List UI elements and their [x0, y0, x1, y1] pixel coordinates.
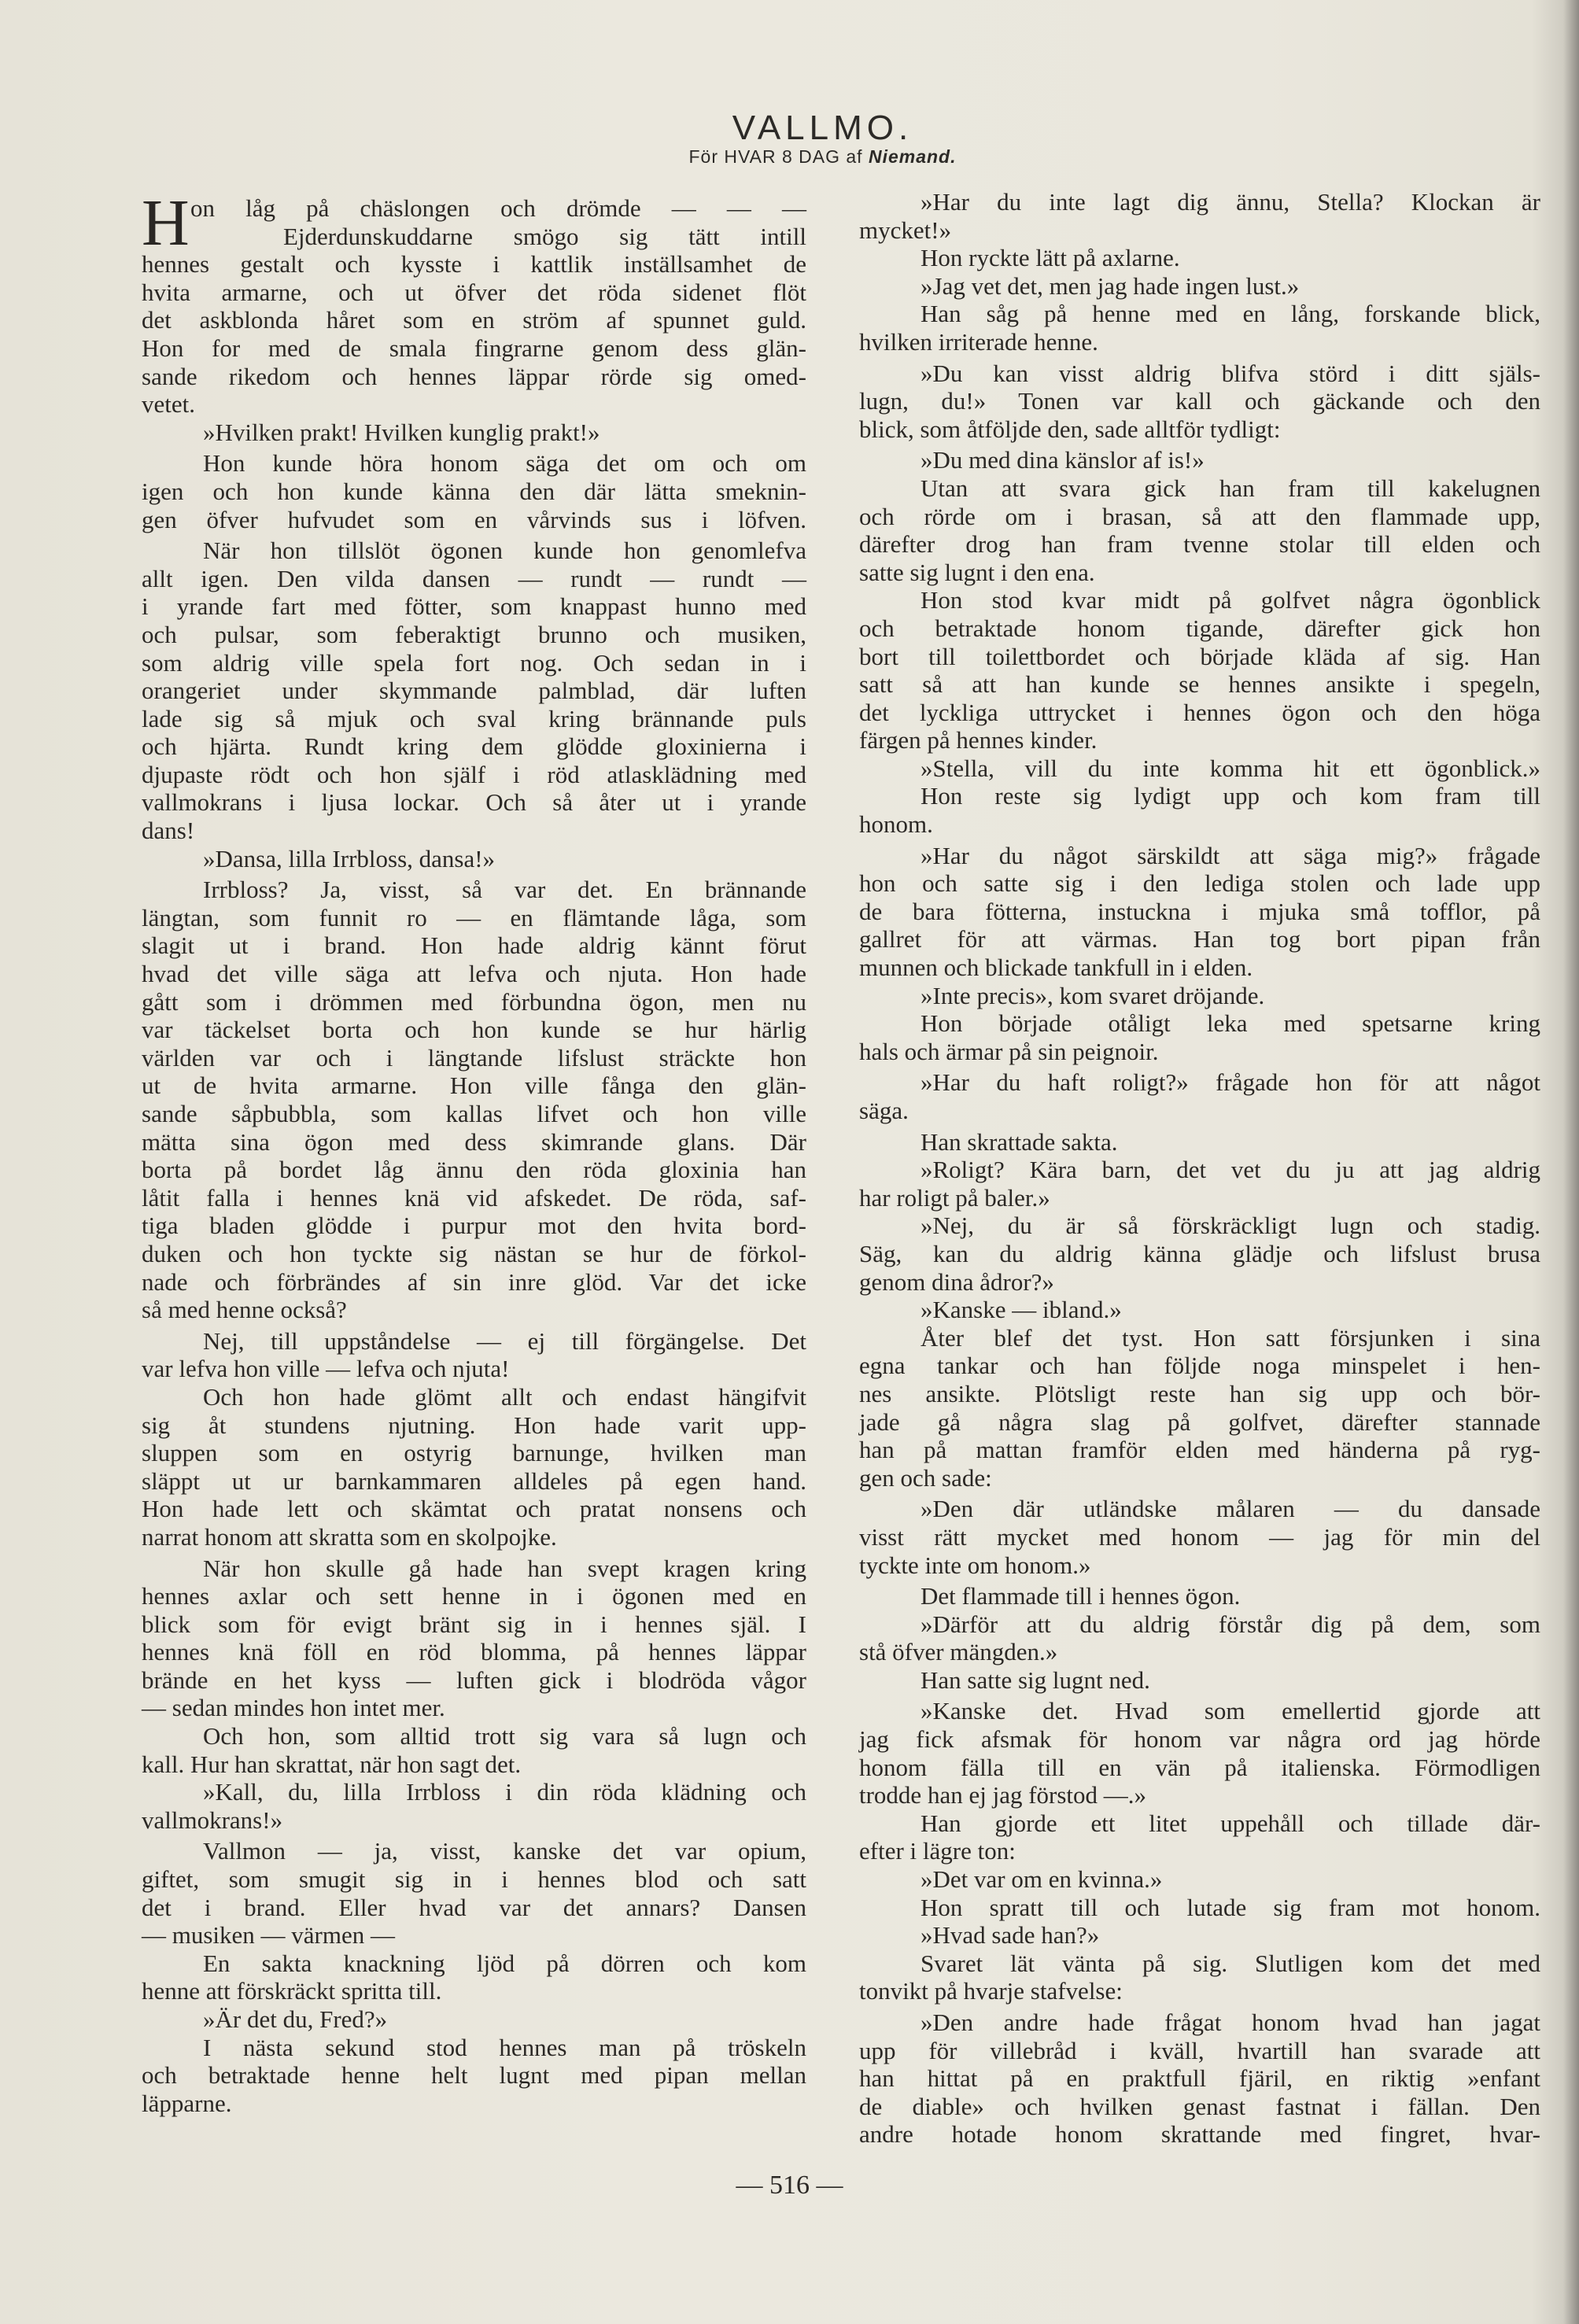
text-line: hennes gestalt och kysste i kattlik inst… [142, 250, 806, 279]
text-line: duken och hon tyckte sig nästan se hur d… [142, 1240, 806, 1268]
text-line: och hjärta. Rundt kring dem glödde gloxi… [142, 732, 806, 761]
text-line: »Kanske — ibland.» [859, 1296, 1540, 1324]
byline-prefix: För HVAR 8 DAG af [689, 146, 869, 167]
text-line: jag fick afsmak för honom var några ord … [859, 1725, 1540, 1754]
text-line: jade gå några slag på golfvet, därefter … [859, 1408, 1540, 1437]
text-line: Han gjorde ett litet uppehåll och tillad… [859, 1809, 1540, 1838]
text-line: det lyckliga uttrycket i hennes ögon och… [859, 699, 1540, 727]
text-line: »Därför att du aldrig förstår dig på dem… [859, 1610, 1540, 1639]
text-line: de diable» och hvilken genast fastnat i … [859, 2093, 1540, 2121]
text-line: efter i lägre ton: [859, 1837, 1540, 1865]
page-number: — 516 — [0, 2170, 1579, 2201]
text-line: läpparne. [142, 2090, 806, 2118]
left-column-text: on låg på chäslongen och drömde — — —Ejd… [142, 194, 806, 2117]
text-line: Hon reste sig lydigt upp och kom fram ti… [859, 782, 1540, 810]
text-line: sande såpbubbla, som kallas lifvet och h… [142, 1100, 806, 1128]
text-line: blick som för evigt bränt sig in i henne… [142, 1610, 806, 1639]
text-line: djupaste rödt och hon själf i röd atlask… [142, 761, 806, 789]
text-line: lugn, du!» Tonen var kall och gäckande o… [859, 387, 1540, 415]
text-line: hvita armarne, och ut öfver det röda sid… [142, 279, 806, 307]
right-column-text: »Har du inte lagt dig ännu, Stella? Kloc… [859, 188, 1540, 2149]
text-line: »Jag vet det, men jag hade ingen lust.» [859, 272, 1540, 301]
left-column: H on låg på chäslongen och drömde — — —E… [142, 194, 806, 2117]
text-line: »Hvilken prakt! Hvilken kunglig prakt!» [142, 419, 806, 447]
text-line: Irrbloss? Ja, visst, så var det. En brän… [142, 876, 806, 904]
text-line: slagit ut i brand. Hon hade aldrig kännt… [142, 931, 806, 960]
text-line: nes ansikte. Plötsligt reste han sig upp… [859, 1380, 1540, 1408]
text-line: tonvikt på hvarje stafvelse: [859, 1977, 1540, 2005]
text-line: som aldrig ville spela fort nog. Och sed… [142, 649, 806, 677]
text-line: andre hotade honom skrattande med fingre… [859, 2120, 1540, 2149]
text-line: hvilken irriterade henne. [859, 328, 1540, 356]
text-line: En sakta knackning ljöd på dörren och ko… [142, 1950, 806, 1978]
text-line: Säg, kan du aldrig känna glädje och lifs… [859, 1240, 1540, 1268]
text-line: »Är det du, Fred?» [142, 2005, 806, 2034]
text-line: Nej, till uppståndelse — ej till förgäng… [142, 1327, 806, 1356]
text-line: och betraktade honom tigande, därefter g… [859, 614, 1540, 643]
text-line: Hon ryckte lätt på axlarne. [859, 244, 1540, 272]
text-line: gen och sade: [859, 1464, 1540, 1492]
text-line: dans! [142, 817, 806, 845]
text-line: henne att förskräckt spritta till. [142, 1977, 806, 2005]
text-line: låtit falla i hennes knä vid afskedet. D… [142, 1184, 806, 1212]
text-line: vetet. [142, 390, 806, 419]
author-name: Niemand. [869, 146, 957, 167]
text-line: honom. [859, 810, 1540, 839]
text-line: »Inte precis», kom svaret dröjande. [859, 982, 1540, 1010]
text-line: giftet, som smugit sig in i hennes blod … [142, 1865, 806, 1894]
text-line: trodde han ej jag förstod —.» [859, 1781, 1540, 1809]
text-line: Åter blef det tyst. Hon satt försjunken … [859, 1324, 1540, 1352]
text-line: lade sig så mjuk och sval kring brännand… [142, 705, 806, 733]
text-line: färgen på hennes kinder. [859, 726, 1540, 754]
text-line: ut de hvita armarne. Hon ville fånga den… [142, 1072, 806, 1100]
text-line: hennes knä föll en röd blomma, på hennes… [142, 1638, 806, 1666]
text-line: »Dansa, lilla Irrbloss, dansa!» [142, 845, 806, 873]
text-line: tiga bladen glödde i purpur mot den hvit… [142, 1212, 806, 1240]
text-line: de bara fötterna, instuckna i mjuka små … [859, 898, 1540, 926]
text-line: »Kanske det. Hvad som emellertid gjorde … [859, 1697, 1540, 1725]
text-line: »Har du haft roligt?» frågade hon för at… [859, 1068, 1540, 1097]
text-line: »Du kan visst aldrig blifva störd i ditt… [859, 360, 1540, 388]
text-line: släppt ut ur barnkammaren alldeles på eg… [142, 1467, 806, 1496]
text-line: Hon spratt till och lutade sig fram mot … [859, 1894, 1540, 1922]
text-line: »Nej, du är så förskräckligt lugn och st… [859, 1212, 1540, 1240]
text-line: Och hon hade glömt allt och endast hängi… [142, 1383, 806, 1411]
text-line: Han skrattade sakta. [859, 1128, 1540, 1156]
text-line: upp för villebråd i kväll, hvartill han … [859, 2037, 1540, 2065]
text-line: hvad det ville säga att lefva och njuta.… [142, 960, 806, 988]
text-line: gen öfver hufvudet som en vårvinds sus i… [142, 506, 806, 534]
text-line: och rörde om i brasan, så att den flamma… [859, 503, 1540, 531]
text-line: gallret för att värmas. Han tog bort pip… [859, 925, 1540, 954]
text-line: Vallmon — ja, visst, kanske det var opiu… [142, 1837, 806, 1865]
text-line: Hon for med de smala fingrarne genom des… [142, 334, 806, 363]
text-line: Svaret lät vänta på sig. Slutligen kom d… [859, 1950, 1540, 1978]
text-line: han hittat på en praktfull fjäril, en ri… [859, 2064, 1540, 2093]
text-line: brände en het kyss — luften gick i blodr… [142, 1666, 806, 1695]
text-line: sig åt stundens njutning. Hon hade varit… [142, 1411, 806, 1440]
text-line: Och hon, som alltid trott sig vara så lu… [142, 1722, 806, 1750]
text-line: genom dina ådror?» [859, 1268, 1540, 1297]
text-line: sluppen som en ostyrig barnunge, hvilken… [142, 1439, 806, 1467]
text-line: borta på bordet låg ännu den röda gloxin… [142, 1156, 806, 1184]
text-line: »Har du något särskildt att säga mig?» f… [859, 842, 1540, 870]
text-line: mycket!» [859, 216, 1540, 245]
text-line: Hon kunde höra honom säga det om och om [142, 449, 806, 478]
text-line: Utan att svara gick han fram till kakelu… [859, 474, 1540, 503]
text-line: »Det var om en kvinna.» [859, 1865, 1540, 1894]
text-line: on låg på chäslongen och drömde — — — [142, 194, 806, 223]
text-line: narrat honom att skratta som en skolpojk… [142, 1523, 806, 1551]
text-line: honom fälla till en vän på italienska. F… [859, 1754, 1540, 1782]
magazine-page: VALLMO. För HVAR 8 DAG af Niemand. H on … [0, 0, 1579, 2324]
text-line: bort till toilettbordet och började kläd… [859, 643, 1540, 671]
text-line: — sedan mindes hon intet mer. [142, 1694, 806, 1722]
text-line: »Har du inte lagt dig ännu, Stella? Kloc… [859, 188, 1540, 216]
text-line: egna tankar och han följde noga minspele… [859, 1352, 1540, 1380]
text-line: och betraktade henne helt lugnt med pipa… [142, 2061, 806, 2090]
text-line: blick, som åtföljde den, sade alltför ty… [859, 415, 1540, 444]
text-line: det askblonda håret som en ström af spun… [142, 306, 806, 334]
text-line: När hon tillslöt ögonen kunde hon genoml… [142, 537, 806, 565]
text-line: världen var och i längtande lifslust str… [142, 1044, 806, 1072]
text-line: Hon började otåligt leka med spetsarne k… [859, 1009, 1540, 1038]
text-line: allt igen. Den vilda dansen — rundt — ru… [142, 565, 806, 593]
story-title: VALLMO. [0, 109, 1579, 148]
text-line: sande rikedom och hennes läppar rörde si… [142, 363, 806, 391]
text-line: i yrande fart med fötter, som knappast h… [142, 592, 806, 621]
text-line: vallmokrans!» [142, 1806, 806, 1835]
text-line: så med henne också? [142, 1296, 806, 1324]
byline: För HVAR 8 DAG af Niemand. [0, 146, 1579, 168]
text-line: Han såg på henne med en lång, forskande … [859, 300, 1540, 328]
text-line: var lefva hon ville — lefva och njuta! [142, 1355, 806, 1383]
text-line: hals och ärmar på sin peignoir. [859, 1038, 1540, 1066]
text-line: nade och förbrändes af sin inre glöd. Va… [142, 1268, 806, 1297]
text-line: visst rätt mycket med honom — jag för mi… [859, 1523, 1540, 1551]
text-line: därefter drog han fram tvenne stolar til… [859, 530, 1540, 559]
text-line: kall. Hur han skrattat, när hon sagt det… [142, 1750, 806, 1779]
text-line: längtan, som funnit ro — en flämtande lå… [142, 904, 806, 932]
text-line: satte sig lugnt i den ena. [859, 559, 1540, 587]
text-line: I nästa sekund stod hennes man på tröske… [142, 2034, 806, 2062]
text-line: »Den där utländske målaren — du dansade [859, 1495, 1540, 1523]
text-line: hon och satte sig i den lediga stolen oc… [859, 869, 1540, 898]
text-line: »Du med dina känslor af is!» [859, 446, 1540, 474]
text-line: När hon skulle gå hade han svept kragen … [142, 1555, 806, 1583]
text-line: säga. [859, 1097, 1540, 1125]
text-line: Han satte sig lugnt ned. [859, 1666, 1540, 1695]
text-line: har roligt på baler.» [859, 1184, 1540, 1212]
text-line: munnen och blickade tankfull in i elden. [859, 954, 1540, 982]
text-line: »Den andre hade frågat honom hvad han ja… [859, 2009, 1540, 2037]
drop-cap: H [142, 194, 190, 253]
text-line: Ejderdunskuddarne smögo sig tätt intill [142, 223, 806, 251]
text-line: gått som i drömmen med förbundna ögon, m… [142, 988, 806, 1016]
text-line: »Stella, vill du inte komma hit ett ögon… [859, 754, 1540, 783]
text-line: satt så att han kunde se hennes ansikte … [859, 670, 1540, 699]
text-line: igen och hon kunde känna den där lätta s… [142, 478, 806, 506]
text-line: var täckelset borta och hon kunde se hur… [142, 1016, 806, 1044]
text-line: vallmokrans i ljusa lockar. Och så åter … [142, 788, 806, 817]
text-line: — musiken — värmen — [142, 1921, 806, 1950]
text-line: Det flammade till i hennes ögon. [859, 1582, 1540, 1610]
text-line: »Hvad sade han?» [859, 1921, 1540, 1950]
text-line: och pulsar, som feberaktigt brunno och m… [142, 621, 806, 649]
text-line: stå öfver mängden.» [859, 1638, 1540, 1666]
text-line: »Roligt? Kära barn, det vet du ju att ja… [859, 1156, 1540, 1184]
text-line: orangeriet under skymmande palmblad, där… [142, 677, 806, 705]
text-line: det i brand. Eller hvad var det annars? … [142, 1894, 806, 1922]
text-line: hennes axlar och sett henne in i ögonen … [142, 1582, 806, 1610]
text-line: Hon hade lett och skämtat och pratat non… [142, 1495, 806, 1523]
text-line: »Kall, du, lilla Irrbloss i din röda klä… [142, 1778, 806, 1806]
text-line: mätta sina ögon med dess skimrande glans… [142, 1128, 806, 1156]
right-column: »Har du inte lagt dig ännu, Stella? Kloc… [859, 188, 1540, 2149]
text-line: han på mattan framför elden med händerna… [859, 1436, 1540, 1464]
text-line: Hon stod kvar midt på golfvet några ögon… [859, 586, 1540, 614]
text-line: tyckte inte om honom.» [859, 1551, 1540, 1580]
